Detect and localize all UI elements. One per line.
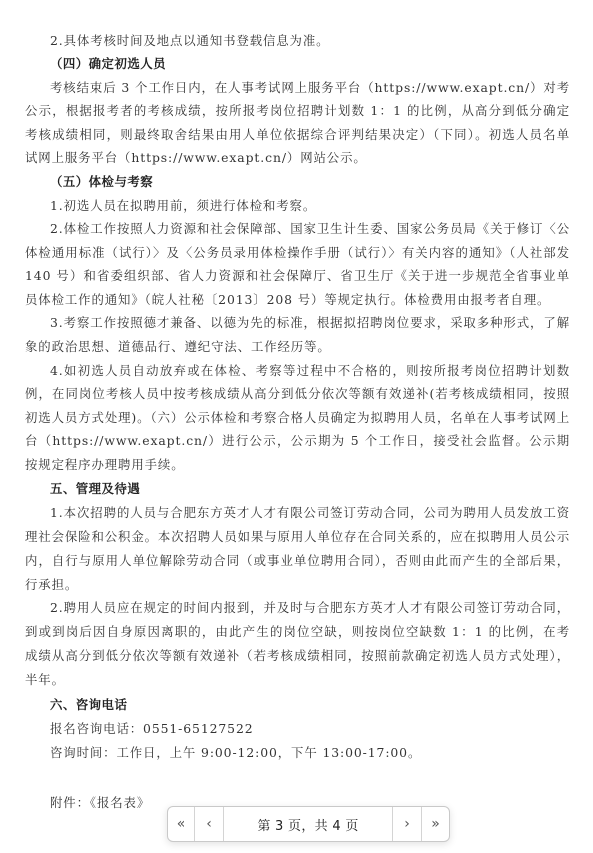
paragraph-line: 1.本次招聘的人员与合肥东方英才人才有限公司签订劳动合同，公司为聘用人员发放工资… — [50, 505, 570, 521]
paragraph-line: 例，在同岗位考核人员中按考核成绩从高分到低分依次等额有效递补(若考核成绩相同，按… — [25, 386, 570, 402]
paragraph-line: 试网上服务平台（https://www.exapt.cn/）网站公示。 — [25, 150, 570, 166]
paragraph-line: 半年。 — [25, 672, 570, 688]
paragraph-line: 理社会保险和公积金。本次招聘人员如果与原用人单位存在合同关系的，应在拟聘用人员公… — [25, 529, 570, 545]
paragraph-line: 2.聘用人员应在规定的时间内报到，并及时与合肥东方英才人才有限公司签订劳动合同，… — [50, 600, 570, 616]
paragraph-line: 140 号）和省委组织部、省人力资源和社会保障厅、省卫生厅《关于进一步规范全省事… — [25, 268, 570, 284]
contact-phone: 报名咨询电话：0551-65127522 — [50, 721, 570, 737]
section-heading: （五）体检与考察 — [50, 174, 570, 190]
last-page-button[interactable]: » — [422, 807, 449, 841]
first-page-button[interactable]: « — [168, 807, 195, 841]
paragraph-line: 公示，根据报考者的考核成绩，按所报考岗位招聘计划数 1：1 的比例，从高分到低分… — [25, 103, 570, 119]
paragraph-line: 台（https://www.exapt.cn/）进行公示，公示期为 5 个工作日… — [25, 433, 570, 449]
prev-page-button[interactable]: ‹ — [195, 807, 224, 841]
double-chevron-left-icon: « — [177, 816, 186, 832]
paragraph-line: 到或到岗后因自身原因离职的，由此产生的岗位空缺，则按岗位空缺数 1：1 的比例，… — [25, 624, 570, 640]
paragraph-line: 按规定程序办理聘用手续。 — [25, 457, 570, 473]
double-chevron-right-icon: » — [431, 816, 440, 832]
paragraph-line: 2.体检工作按照人力资源和社会保障部、国家卫生计生委、国家公务员局《关于修订〈公… — [50, 221, 570, 237]
paragraph-line: 内，自行与原用人单位解除劳动合同（或事业单位聘用合同），否则由此而产生的全部后果… — [25, 553, 570, 569]
paragraph-line: 考核成绩相同，则最终取舍结果由用人单位依据综合评判结果决定）（下同）。初选人员名… — [25, 127, 570, 143]
paragraph-line: 4.如初选人员自动放弃或在体检、考察等过程中不合格的，则按所报考岗位招聘计划数 … — [50, 363, 570, 379]
pagination-bar: « ‹ 第 3 页，共 4 页 › » — [167, 806, 450, 842]
paragraph-line: 考核结束后 3 个工作日内，在人事考试网上服务平台（https://www.ex… — [50, 80, 570, 96]
section-heading: 六、咨询电话 — [50, 697, 570, 713]
page-indicator: 第 3 页，共 4 页 — [224, 807, 393, 841]
paragraph-line: 象的政治思想、道德品行、遵纪守法、工作经历等。 — [25, 339, 570, 355]
paragraph-line: 初选人员方式处理)。（六）公示体检和考察合格人员确定为拟聘用人员，名单在人事考试… — [25, 410, 570, 426]
paragraph-line: 2.具体考核时间及地点以通知书登载信息为准。 — [50, 33, 570, 49]
contact-hours: 咨询时间：工作日，上午 9:00-12:00，下午 13:00-17:00。 — [50, 745, 570, 761]
paragraph-line: 1.初选人员在拟聘用前，须进行体检和考察。 — [50, 198, 570, 214]
paragraph-line: 员体检工作的通知》（皖人社秘〔2013〕208 号）等规定执行。体检费用由报考者… — [25, 292, 570, 308]
paragraph-line: 3.考察工作按照德才兼备、以德为先的标准，根据拟招聘岗位要求，采取多种形式，了解… — [50, 315, 570, 331]
paragraph-line: 成绩从高分到低分依次等额有效递补（若考核成绩相同，按照前款确定初选人员方式处理）… — [25, 648, 570, 664]
next-page-button[interactable]: › — [393, 807, 422, 841]
paragraph-line: 行承担。 — [25, 577, 570, 593]
chevron-left-icon: ‹ — [206, 816, 212, 832]
document-page: 2.具体考核时间及地点以通知书登载信息为准。 （四）确定初选人员 考核结束后 3… — [0, 0, 593, 853]
chevron-right-icon: › — [404, 816, 410, 832]
section-heading: （四）确定初选人员 — [50, 56, 570, 72]
paragraph-line: 体检通用标准（试行）〉及〈公务员录用体检操作手册（试行）〉有关内容的通知》（人社… — [25, 245, 570, 261]
section-heading: 五、管理及待遇 — [50, 481, 570, 497]
